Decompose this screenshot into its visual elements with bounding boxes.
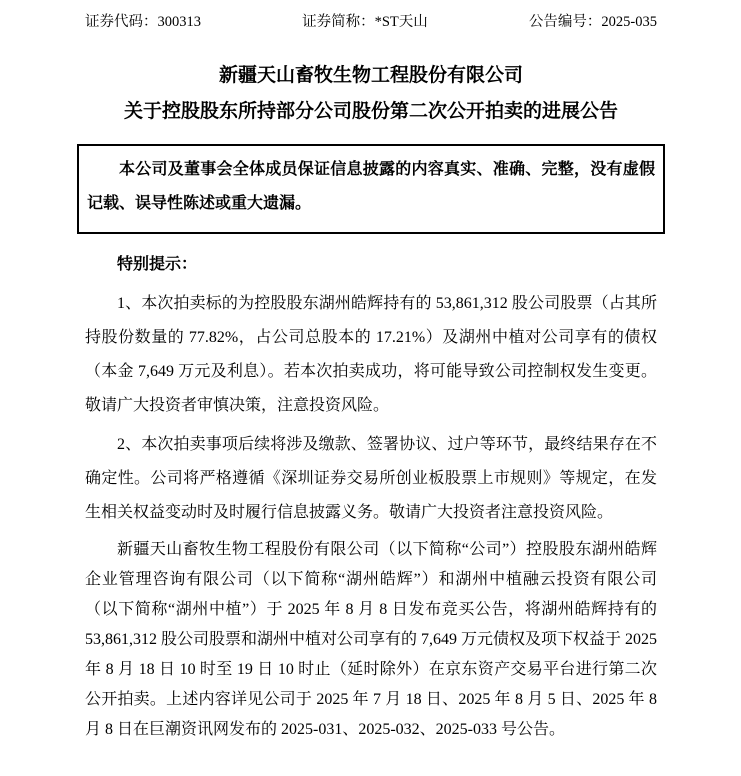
disclaimer-box: 本公司及董事会全体成员保证信息披露的内容真实、准确、完整，没有虚假记载、误导性陈… xyxy=(77,144,665,234)
document-title: 新疆天山畜牧生物工程股份有限公司 xyxy=(85,62,657,89)
special-note-item-2: 2、本次拍卖事项后续将涉及缴款、签署协议、过户等环节，最终结果存在不确定性。公司… xyxy=(85,428,657,530)
stock-abbr: 证券简称：*ST天山 xyxy=(302,12,428,32)
special-note-label: 特别提示： xyxy=(85,255,657,275)
disclaimer-text: 本公司及董事会全体成员保证信息披露的内容真实、准确、完整，没有虚假记载、误导性陈… xyxy=(87,153,655,221)
special-note-item-1: 1、本次拍卖标的为控股股东湖州皓辉持有的 53,861,312 股公司股票（占其… xyxy=(85,287,657,423)
document-subtitle: 关于控股股东所持部分公司股份第二次公开拍卖的进展公告 xyxy=(85,98,657,125)
stock-code: 证券代码：300313 xyxy=(85,12,201,32)
announcement-document: 证券代码：300313 证券简称：*ST天山 公告编号：2025-035 新疆天… xyxy=(0,0,741,776)
document-header: 证券代码：300313 证券简称：*ST天山 公告编号：2025-035 xyxy=(85,12,657,32)
announcement-number: 公告编号：2025-035 xyxy=(529,12,657,32)
body-paragraph: 新疆天山畜牧生物工程股份有限公司（以下简称“公司”）控股股东湖州皓辉企业管理咨询… xyxy=(85,535,657,745)
